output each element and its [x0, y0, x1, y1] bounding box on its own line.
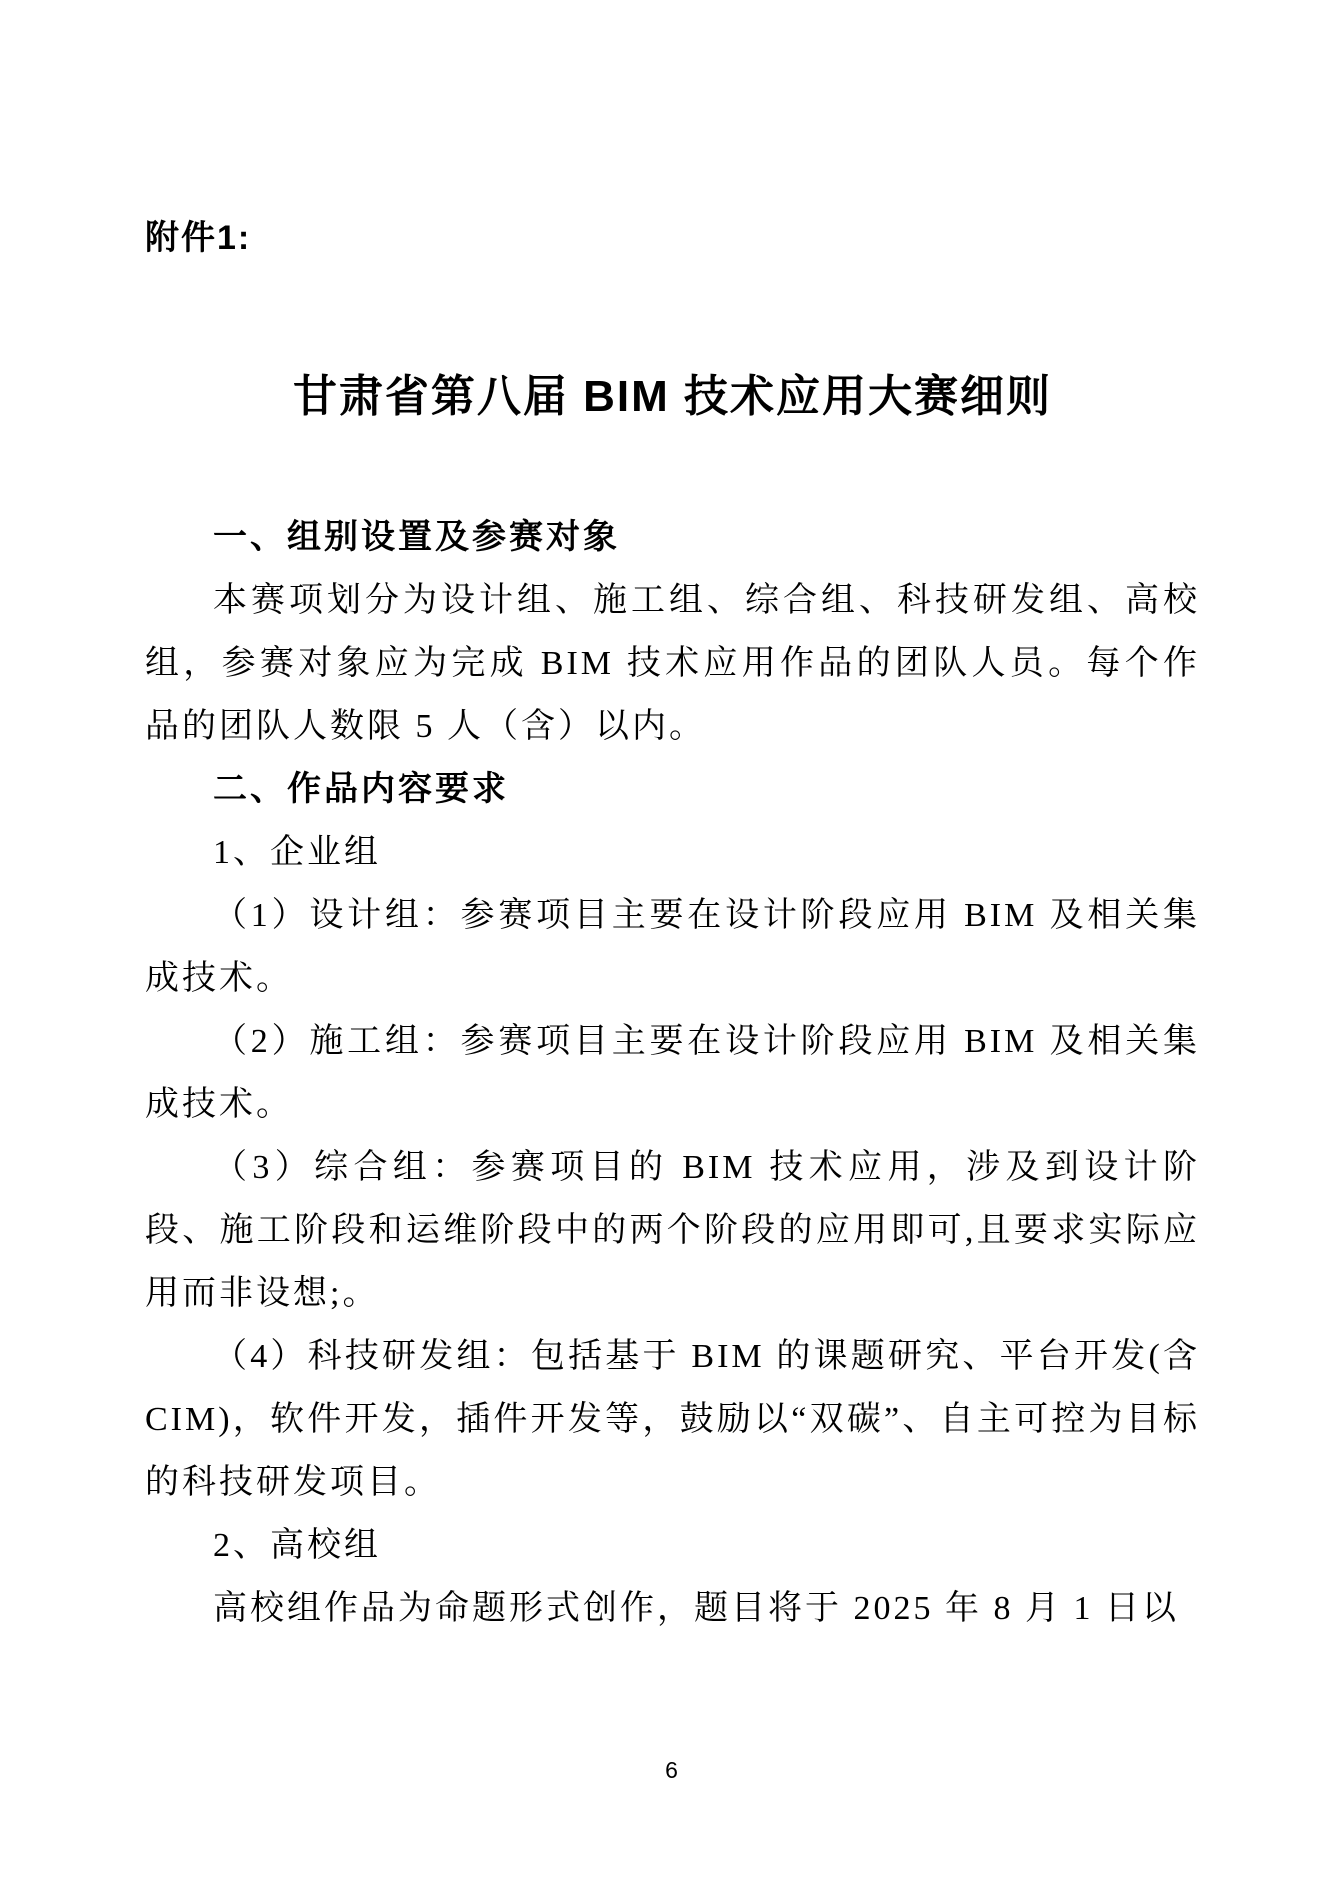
- attachment-label: 附件1:: [145, 207, 1200, 270]
- paragraph-design-group: （1）设计组：参赛项目主要在设计阶段应用 BIM 及相关集成技术。: [145, 884, 1200, 1010]
- document-page: 附件1: 甘肃省第八届 BIM 技术应用大赛细则 一、组别设置及参赛对象 本赛项…: [0, 0, 1343, 1640]
- paragraph-tech-rd-group: （4）科技研发组：包括基于 BIM 的课题研究、平台开发(含CIM)，软件开发，…: [145, 1325, 1200, 1514]
- document-body: 一、组别设置及参赛对象 本赛项划分为设计组、施工组、综合组、科技研发组、高校组，…: [145, 506, 1200, 1640]
- paragraph-university-group-intro: 高校组作品为命题形式创作，题目将于 2025 年 8 月 1 日以: [145, 1577, 1200, 1640]
- subitem-enterprise-group: 1、企业组: [145, 821, 1200, 884]
- section-heading-content-requirements: 二、作品内容要求: [145, 758, 1200, 821]
- paragraph-construction-group: （2）施工组：参赛项目主要在设计阶段应用 BIM 及相关集成技术。: [145, 1010, 1200, 1136]
- page-title: 甘肃省第八届 BIM 技术应用大赛细则: [145, 365, 1200, 428]
- paragraph-group-setup: 本赛项划分为设计组、施工组、综合组、科技研发组、高校组，参赛对象应为完成 BIM…: [145, 569, 1200, 758]
- subitem-university-group: 2、高校组: [145, 1514, 1200, 1577]
- paragraph-comprehensive-group: （3）综合组：参赛项目的 BIM 技术应用，涉及到设计阶段、施工阶段和运维阶段中…: [145, 1136, 1200, 1325]
- section-heading-group-setup: 一、组别设置及参赛对象: [145, 506, 1200, 569]
- page-number: 6: [0, 1756, 1343, 1784]
